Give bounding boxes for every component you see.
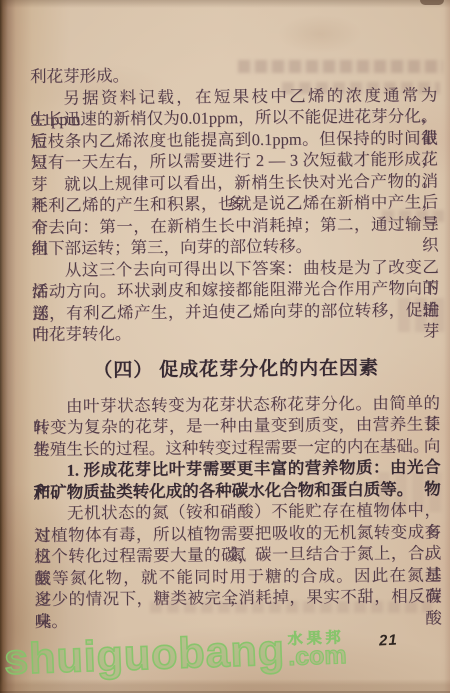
text-line: 转变为复杂的花芽，是一种由量变到质变，由营养生长转向 (33, 413, 440, 438)
text-line: 无机状态的氮（铵和硝酸）不能贮存在植物体中，过多 (34, 499, 441, 524)
paragraph-lines-bottom: 由叶芽状态转变为花芽状态称花芽分化。由简单的叶芽转变为复杂的花芽，是一种由量变到… (33, 392, 442, 632)
page-number: 21 (379, 632, 399, 650)
paragraph-lines-top: 利花芽形成。另据资料记载，在短果枝中乙烯的浓度通常为0.1ppm，生长迅速的新梢… (30, 62, 439, 345)
text-line: 活动方向。环状剥皮和嫁接都能阻滞光合作用产物向下部输 (32, 277, 439, 302)
page-edge-shadow-bottom (0, 679, 450, 693)
page-text-block: 利花芽形成。另据资料记载，在短果枝中乙烯的浓度通常为0.1ppm，生长迅速的新梢… (30, 62, 442, 632)
text-line: 个去向：第一，在新梢生长中消耗掉；第二，通过输导组织 (31, 213, 438, 238)
watermark-latin-text: shuiguobang (4, 630, 286, 680)
text-line: 过少的情况下，糖类被完全消耗掉，果实不甜，相反有臭酸 (35, 585, 442, 610)
text-line: 不利乙烯的产生和积累，也就是说乙烯在新梢中产生后有三 (31, 191, 438, 216)
section-heading: （四） 促成花芽分化的内在因素 (33, 355, 440, 385)
text-line: 生长迅速的新梢仅为0.01ppm，所以不能促进花芽分化。短截 (30, 105, 437, 130)
page-edge-shadow-top (0, 0, 450, 8)
corner-notch (420, 0, 444, 5)
text-line: 送，有利乙烯产生，并迫使乙烯向芽的部位转移，促进叶芽 (32, 299, 439, 324)
text-line: 这个转化过程需要大量的碳，碳一旦结合于氮上，合成氨基 (34, 542, 441, 567)
page-edge-shadow-right (444, 0, 450, 693)
text-line: 1. 形成花芽比叶芽需要更丰富的营养物质：由光合产物 (33, 456, 440, 481)
text-line: 只有一天左右，所以需要进行 2 — 3 次短截才能形成花芽。 (31, 148, 438, 173)
watermark-tld-text: .com (288, 645, 347, 667)
watermark-right-stack: 水果邦 .com (287, 630, 347, 667)
